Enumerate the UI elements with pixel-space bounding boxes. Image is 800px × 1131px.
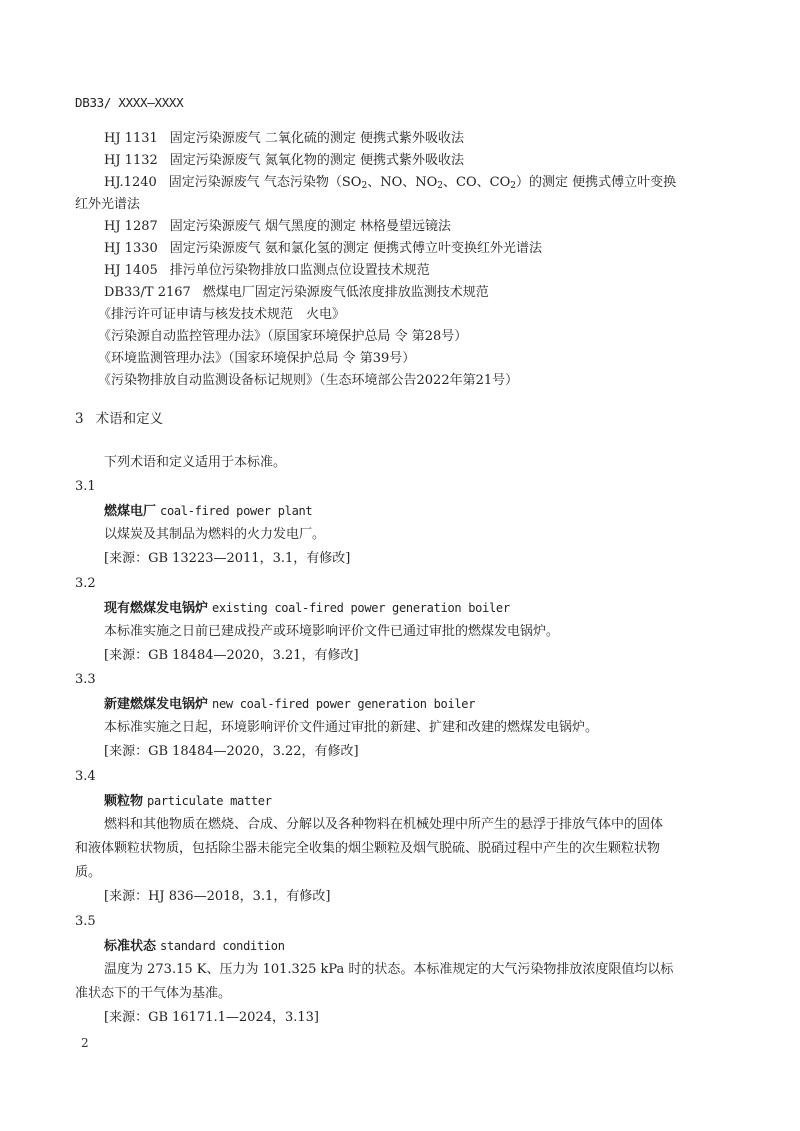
term-english: coal-fired power plant	[160, 504, 312, 518]
reference-code: HJ 1405	[104, 263, 158, 279]
reference-code: DB33/T 2167	[104, 285, 191, 301]
term-definition: 以煤炭及其制品为燃料的火力发电厂。	[104, 527, 325, 543]
document-reference: 《污染源自动监控管理办法》（原国家环境保护总局 令 第28号）	[98, 329, 467, 345]
reference-code: HJ 1132	[104, 153, 158, 169]
term-heading: 颗粒物particulate matter	[104, 793, 272, 810]
term-number: 3.3	[75, 672, 96, 688]
document-page: DB33/ XXXX—XXXX HJ 1131固定污染源废气 二氧化硫的测定 便…	[0, 0, 800, 1131]
reference-code: HJ 1287	[104, 219, 158, 235]
reference-title: 固定污染源废气 氨和氯化氢的测定 便携式傅立叶变换红外光谱法	[170, 241, 542, 256]
term-number: 3.5	[75, 914, 96, 930]
reference-code: HJ 1330	[104, 241, 158, 257]
term-definition: 和液体颗粒状物质，包括除尘器未能完全收集的烟尘颗粒及烟气脱硫、脱硝过程中产生的次…	[75, 841, 660, 857]
term-heading: 标准状态standard condition	[104, 938, 285, 955]
section-heading: 3术语和定义	[75, 411, 163, 427]
section-title: 术语和定义	[96, 411, 164, 427]
term-definition: 燃料和其他物质在燃烧、合成、分解以及各种物料在机械处理中所产生的悬浮于排放气体中…	[104, 817, 663, 833]
page-number: 2	[81, 1036, 89, 1050]
term-number: 3.2	[75, 576, 96, 592]
document-header-code: DB33/ XXXX—XXXX	[75, 95, 183, 110]
term-english: standard condition	[160, 939, 285, 953]
reference-title: 排污单位污染物排放口监测点位设置技术规范	[170, 263, 430, 278]
term-number: 3.4	[75, 769, 96, 785]
reference-title-part: ）的测定 便携式傅立叶变换	[516, 175, 676, 190]
reference-item: DB33/T 2167燃煤电厂固定污染源废气低浓度排放监测技术规范	[104, 285, 489, 301]
term-chinese: 新建燃煤发电锅炉	[104, 697, 208, 712]
reference-title: 固定污染源废气 氮氧化物的测定 便携式紫外吸收法	[170, 153, 464, 168]
reference-item: HJ 1131固定污染源废气 二氧化硫的测定 便携式紫外吸收法	[104, 131, 464, 147]
term-source: [来源：HJ 836—2018，3.1，有修改]	[104, 889, 330, 905]
document-reference: 《污染物排放自动监测设备标记规则》（生态环境部公告2022年第21号）	[98, 373, 518, 389]
reference-title: 燃煤电厂固定污染源废气低浓度排放监测技术规范	[203, 285, 489, 300]
term-source: [来源：GB 16171.1—2024，3.13]	[104, 1010, 319, 1026]
term-definition: 本标准实施之日起，环境影响评价文件通过审批的新建、扩建和改建的燃煤发电锅炉。	[104, 720, 598, 736]
reference-item: HJ 1287固定污染源废气 烟气黑度的测定 林格曼望远镜法	[104, 219, 451, 235]
reference-item: HJ 1405排污单位污染物排放口监测点位设置技术规范	[104, 263, 430, 279]
reference-code: HJ 1131	[104, 131, 158, 147]
term-chinese: 燃煤电厂	[104, 504, 156, 519]
term-definition: 准状态下的干气体为基准。	[75, 986, 231, 1002]
reference-item: HJ 1330固定污染源废气 氨和氯化氢的测定 便携式傅立叶变换红外光谱法	[104, 241, 542, 257]
reference-continuation: 红外光谱法	[75, 197, 140, 213]
term-chinese: 颗粒物	[104, 794, 143, 809]
term-source: [来源：GB 13223—2011，3.1，有修改]	[104, 551, 350, 567]
term-definition: 质。	[75, 865, 101, 881]
term-chinese: 标准状态	[104, 939, 156, 954]
reference-item: HJ.1240固定污染源废气 气态污染物（SO2、NO、NO2、CO、CO2）的…	[104, 175, 676, 191]
reference-code: HJ.1240	[104, 175, 157, 191]
term-definition: 温度为 273.15 K、压力为 101.325 kPa 时的状态。本标准规定的…	[104, 962, 673, 978]
term-source: [来源：GB 18484—2020，3.21，有修改]	[104, 648, 359, 664]
section-number: 3	[75, 411, 84, 427]
reference-item: HJ 1132固定污染源废气 氮氧化物的测定 便携式紫外吸收法	[104, 153, 464, 169]
document-reference: 《环境监测管理办法》（国家环境保护总局 令 第39号）	[98, 351, 415, 367]
term-definition: 本标准实施之日前已建成投产或环境影响评价文件已通过审批的燃煤发电锅炉。	[104, 624, 559, 640]
reference-title-part: 固定污染源废气 气态污染物（SO	[169, 175, 362, 190]
term-english: new coal-fired power generation boiler	[212, 697, 475, 711]
term-english: particulate matter	[147, 794, 272, 808]
section-intro: 下列术语和定义适用于本标准。	[104, 455, 286, 471]
reference-title: 固定污染源废气 烟气黑度的测定 林格曼望远镜法	[170, 219, 451, 234]
document-reference: 《排污许可证申请与核发技术规范 火电》	[98, 307, 345, 323]
reference-title-part: 、CO、CO	[443, 175, 510, 190]
term-heading: 现有燃煤发电锅炉existing coal-fired power genera…	[104, 600, 510, 617]
term-source: [来源：GB 18484—2020，3.22，有修改]	[104, 744, 359, 760]
reference-title: 固定污染源废气 二氧化硫的测定 便携式紫外吸收法	[170, 131, 464, 146]
term-heading: 燃煤电厂coal-fired power plant	[104, 503, 312, 520]
term-english: existing coal-fired power generation boi…	[212, 601, 510, 615]
reference-title-part: 、NO、NO	[367, 175, 437, 190]
term-number: 3.1	[75, 479, 96, 495]
term-heading: 新建燃煤发电锅炉new coal-fired power generation …	[104, 696, 475, 713]
term-chinese: 现有燃煤发电锅炉	[104, 601, 208, 616]
